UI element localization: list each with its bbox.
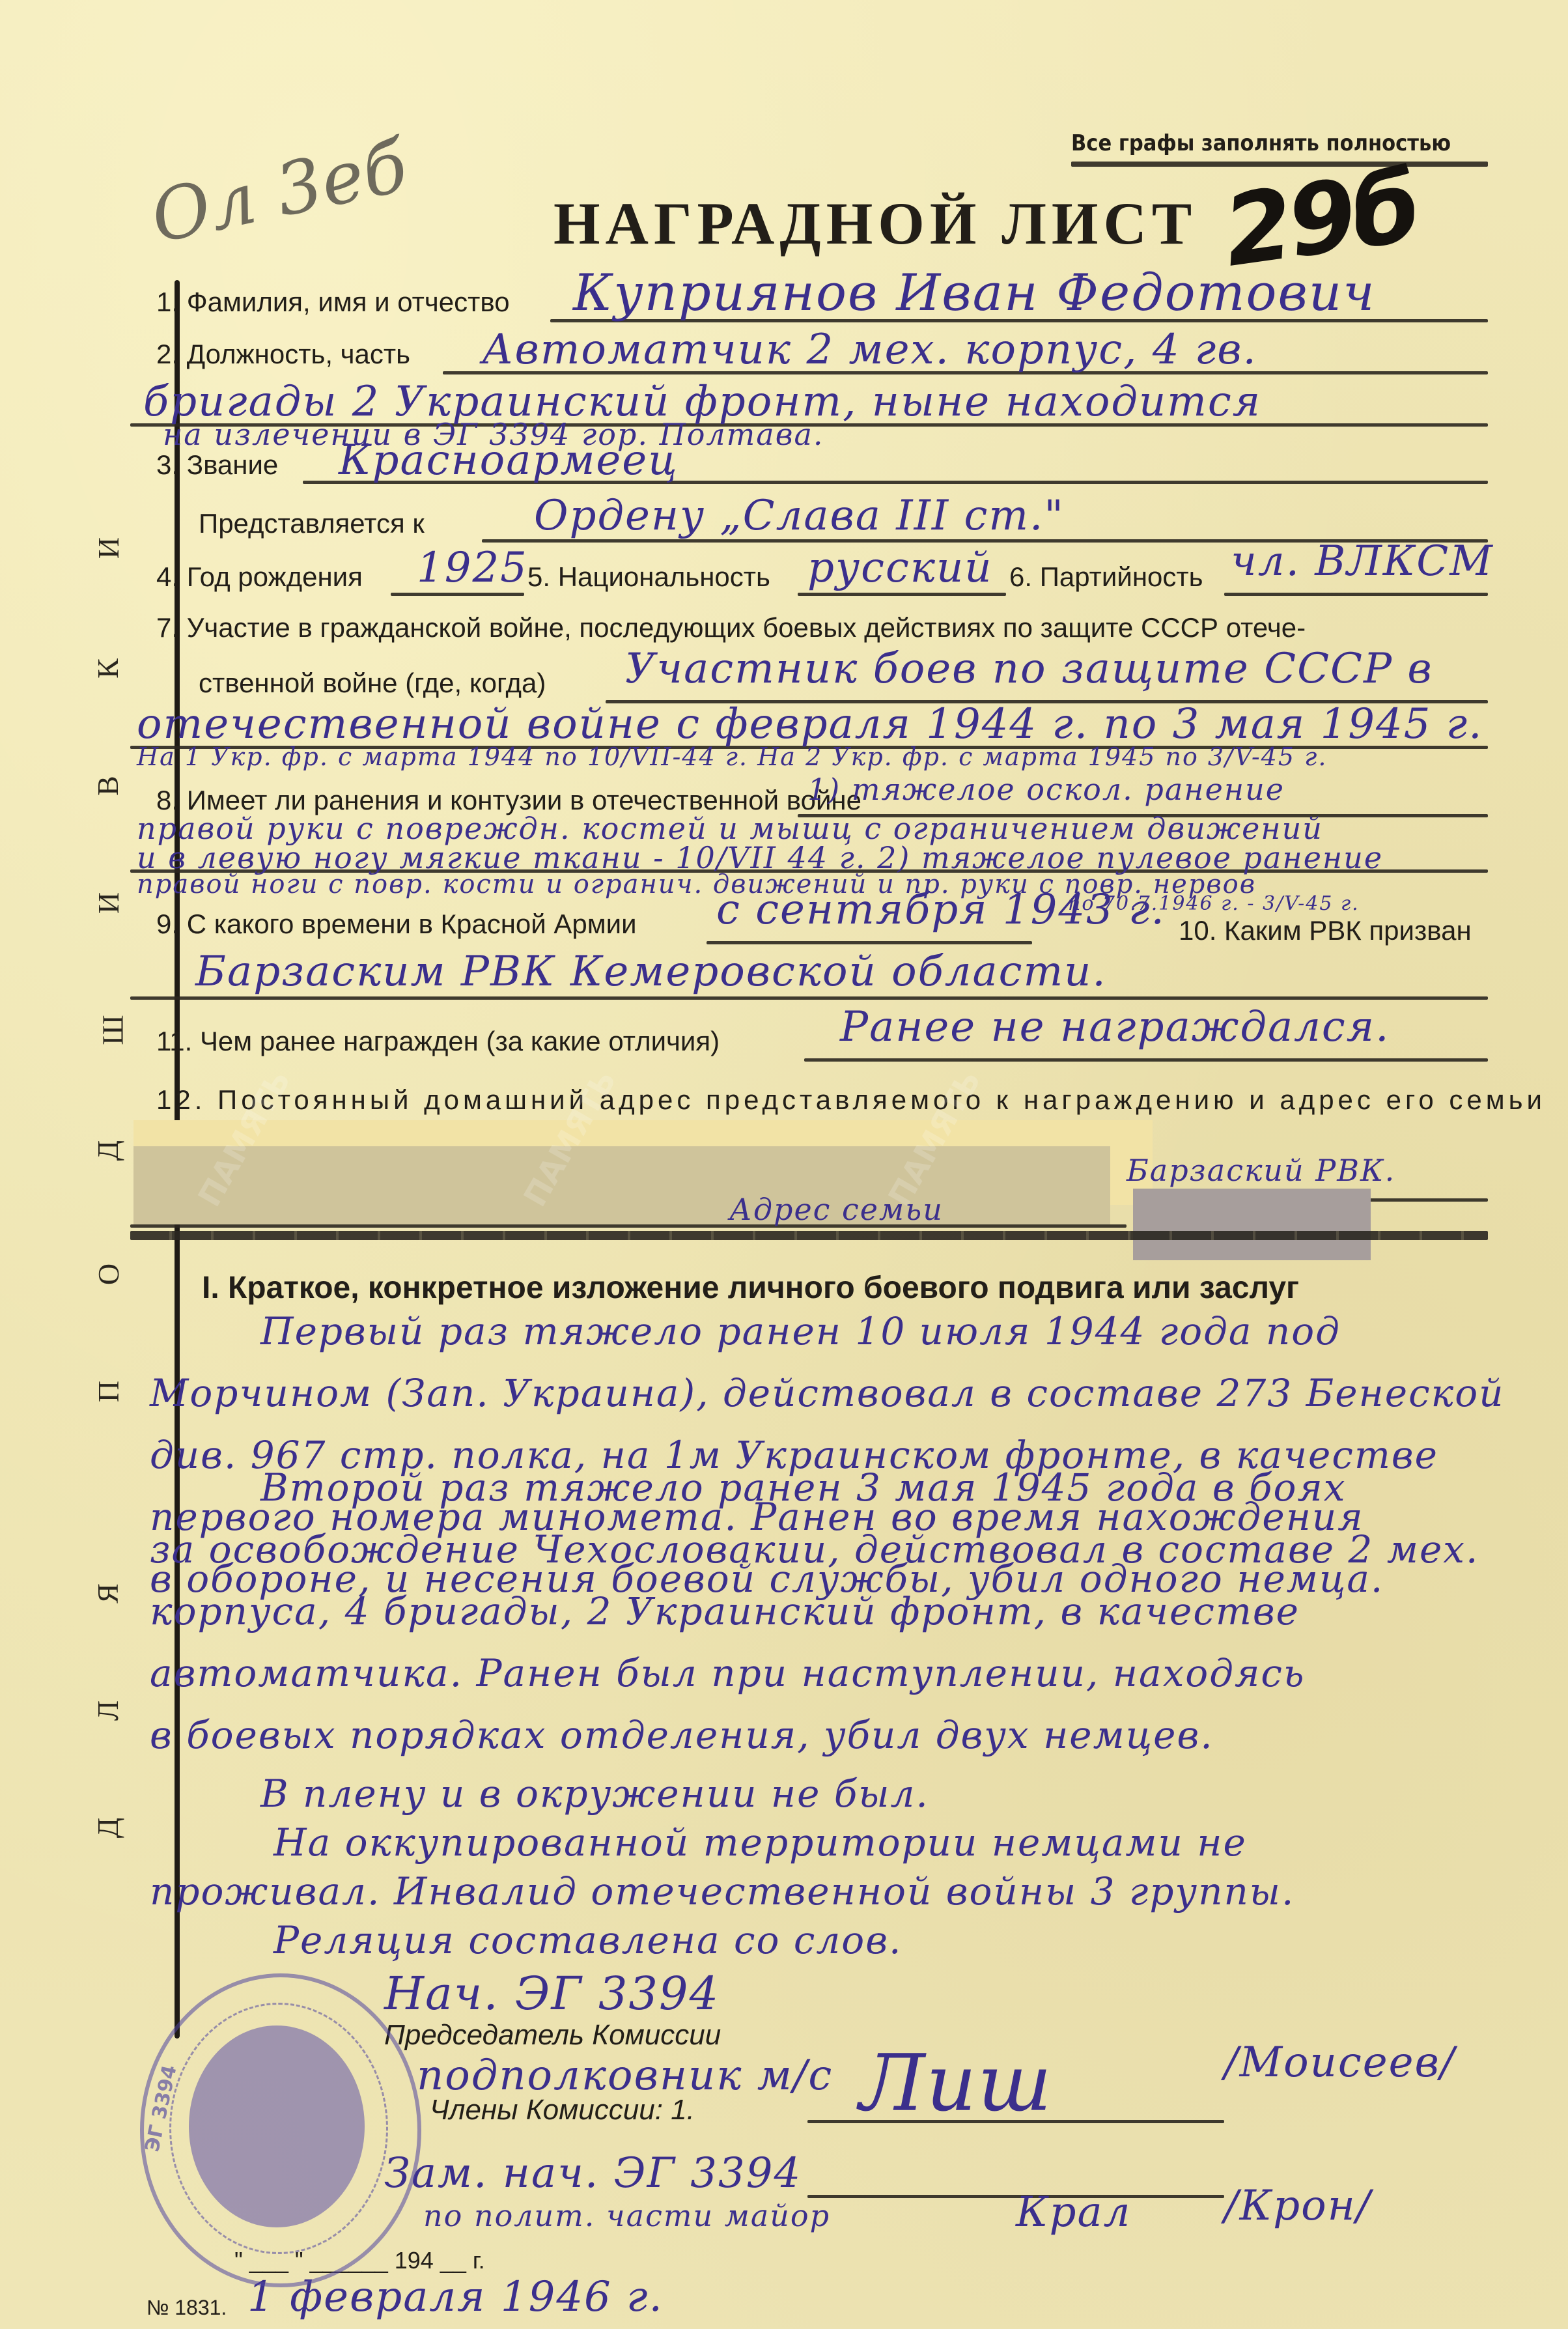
field-5-value: русский	[807, 544, 992, 592]
chairman-name: /Моисеев/	[1224, 2039, 1455, 2087]
deputy-rank: по полит. части майор	[423, 2198, 830, 2233]
margin-letter: И	[91, 537, 126, 559]
field-9-label: 9. С какого времени в Красной Армии	[156, 909, 637, 940]
presented-label: Представляется к	[199, 508, 425, 539]
field-5-line	[798, 593, 1006, 596]
top-instruction-rule	[1071, 162, 1488, 167]
field-7-value-line-3: На 1 Укр. фр. с марта 1944 по 10/VII-44 …	[137, 742, 1327, 771]
field-12-value-visible: Барзаский РВК.	[1127, 1153, 1395, 1188]
field-4-line	[391, 593, 524, 596]
deputy-signature: Крал	[1016, 2188, 1131, 2237]
margin-letter: О	[91, 1263, 126, 1285]
deputy-name: /Крон/	[1224, 2182, 1371, 2230]
field-9-note: по 70.7.1946 г. - 3/V-45 г.	[1068, 892, 1360, 915]
field-11-value: Ранее не награждался.	[840, 1003, 1390, 1051]
field-7-value-line-2: отечественной войне с февраля 1944 г. по…	[137, 700, 1483, 748]
members-label: Члены Комиссии: 1.	[430, 2094, 695, 2126]
field-7-label-line-2: ственной войне (где, когда)	[199, 668, 546, 699]
field-9-line	[707, 941, 1032, 944]
form-number: № 1831.	[147, 2296, 227, 2320]
redacted-address-block-2	[133, 1146, 1110, 1224]
pencil-note: Ол 3еб	[144, 124, 414, 259]
margin-letter: П	[91, 1381, 126, 1402]
section-1-line: корпуса, 4 бригады, 2 Украинский фронт, …	[150, 1589, 1300, 1633]
margin-letter: Д	[91, 1818, 125, 1838]
field-4-label: 4. Год рождения	[156, 561, 363, 593]
chairman-handwritten-title: Нач. ЭГ 3394	[384, 1967, 720, 2020]
chairman-label: Председатель Комиссии	[384, 2019, 721, 2052]
field-1-label: 1. Фамилия, имя и отчество	[156, 287, 510, 318]
field-4-value: 1925	[417, 544, 528, 592]
margin-letter: Д	[91, 1140, 125, 1161]
field-5-label: 5. Национальность	[527, 561, 770, 593]
section-1-line: автоматчика. Ранен был при наступлении, …	[150, 1651, 1305, 1695]
field-12-line-2	[130, 1224, 1127, 1228]
margin-letter: Я	[91, 1583, 125, 1603]
field-3-value: Красноармеец	[339, 436, 679, 485]
margin-letter: Ш	[96, 1015, 130, 1045]
section-1-line: в боевых порядках отделения, убил двух н…	[150, 1713, 1214, 1757]
deputy-handwritten-title: Зам. нач. ЭГ 3394	[384, 2149, 802, 2197]
field-10-label: 10. Каким РВК призван	[1179, 915, 1472, 946]
field-1-value: Куприянов Иван Федотович	[573, 264, 1376, 322]
chairman-rank: подполковник м/с	[417, 2052, 833, 2100]
margin-letter: Л	[91, 1701, 125, 1721]
field-7-label-line-1: 7. Участие в гражданской войне, последую…	[156, 612, 1306, 643]
section-divider	[130, 1231, 1488, 1240]
field-3-label: 3. Звание	[156, 449, 278, 481]
field-6-label: 6. Партийность	[1009, 561, 1203, 593]
field-11-line	[804, 1058, 1488, 1062]
section-1-line: за освобождение Чехословакии, действовал…	[150, 1527, 1479, 1572]
field-12-label: 12. Постоянный домашний адрес представля…	[156, 1084, 1546, 1116]
field-6-line	[1224, 593, 1488, 596]
section-1-line: В плену и в окружении не был.	[260, 1771, 929, 1816]
field-10-line	[130, 996, 1488, 1000]
field-2-value-line-1: Автоматчик 2 мех. корпус, 4 гв.	[482, 326, 1257, 374]
section-1-line: Морчином (Зап. Украина), действовал в со…	[150, 1371, 1504, 1415]
margin-letter: К	[91, 658, 125, 679]
field-11-label: 11. Чем ранее награжден (за какие отличи…	[156, 1026, 720, 1057]
field-7-value-line-1: Участник боев по защите СССР в	[625, 645, 1433, 693]
presented-value: Ордену „Слава III ст."	[534, 492, 1065, 540]
document-title: НАГРАДНОЙ ЛИСТ	[553, 189, 1197, 258]
section-1-line: проживал. Инвалид отечественной войны 3 …	[150, 1869, 1295, 1913]
section-1-heading: I. Краткое, конкретное изложение личного…	[202, 1270, 1299, 1306]
section-1-line: Первый раз тяжело ранен 10 июля 1944 год…	[260, 1309, 1341, 1353]
margin-letter: В	[91, 776, 125, 796]
field-10-value: Барзаским РВК Кемеровской области.	[195, 948, 1107, 996]
redacted-address-block-3	[1133, 1189, 1371, 1260]
field-2-label: 2. Должность, часть	[156, 339, 410, 370]
section-1-line: На оккупированной территории немцами не	[273, 1820, 1247, 1865]
section-1-line: Второй раз тяжело ранен 3 мая 1945 года …	[260, 1465, 1347, 1510]
field-6-value: чл. ВЛКСМ	[1231, 537, 1494, 586]
field-8-value-line-1: 1) тяжелое оскол. ранение	[807, 772, 1285, 807]
section-1-line: Реляция составлена со слов.	[273, 1918, 902, 1962]
margin-letter: И	[91, 892, 126, 914]
chairman-signature: Лиш	[860, 2039, 1053, 2129]
